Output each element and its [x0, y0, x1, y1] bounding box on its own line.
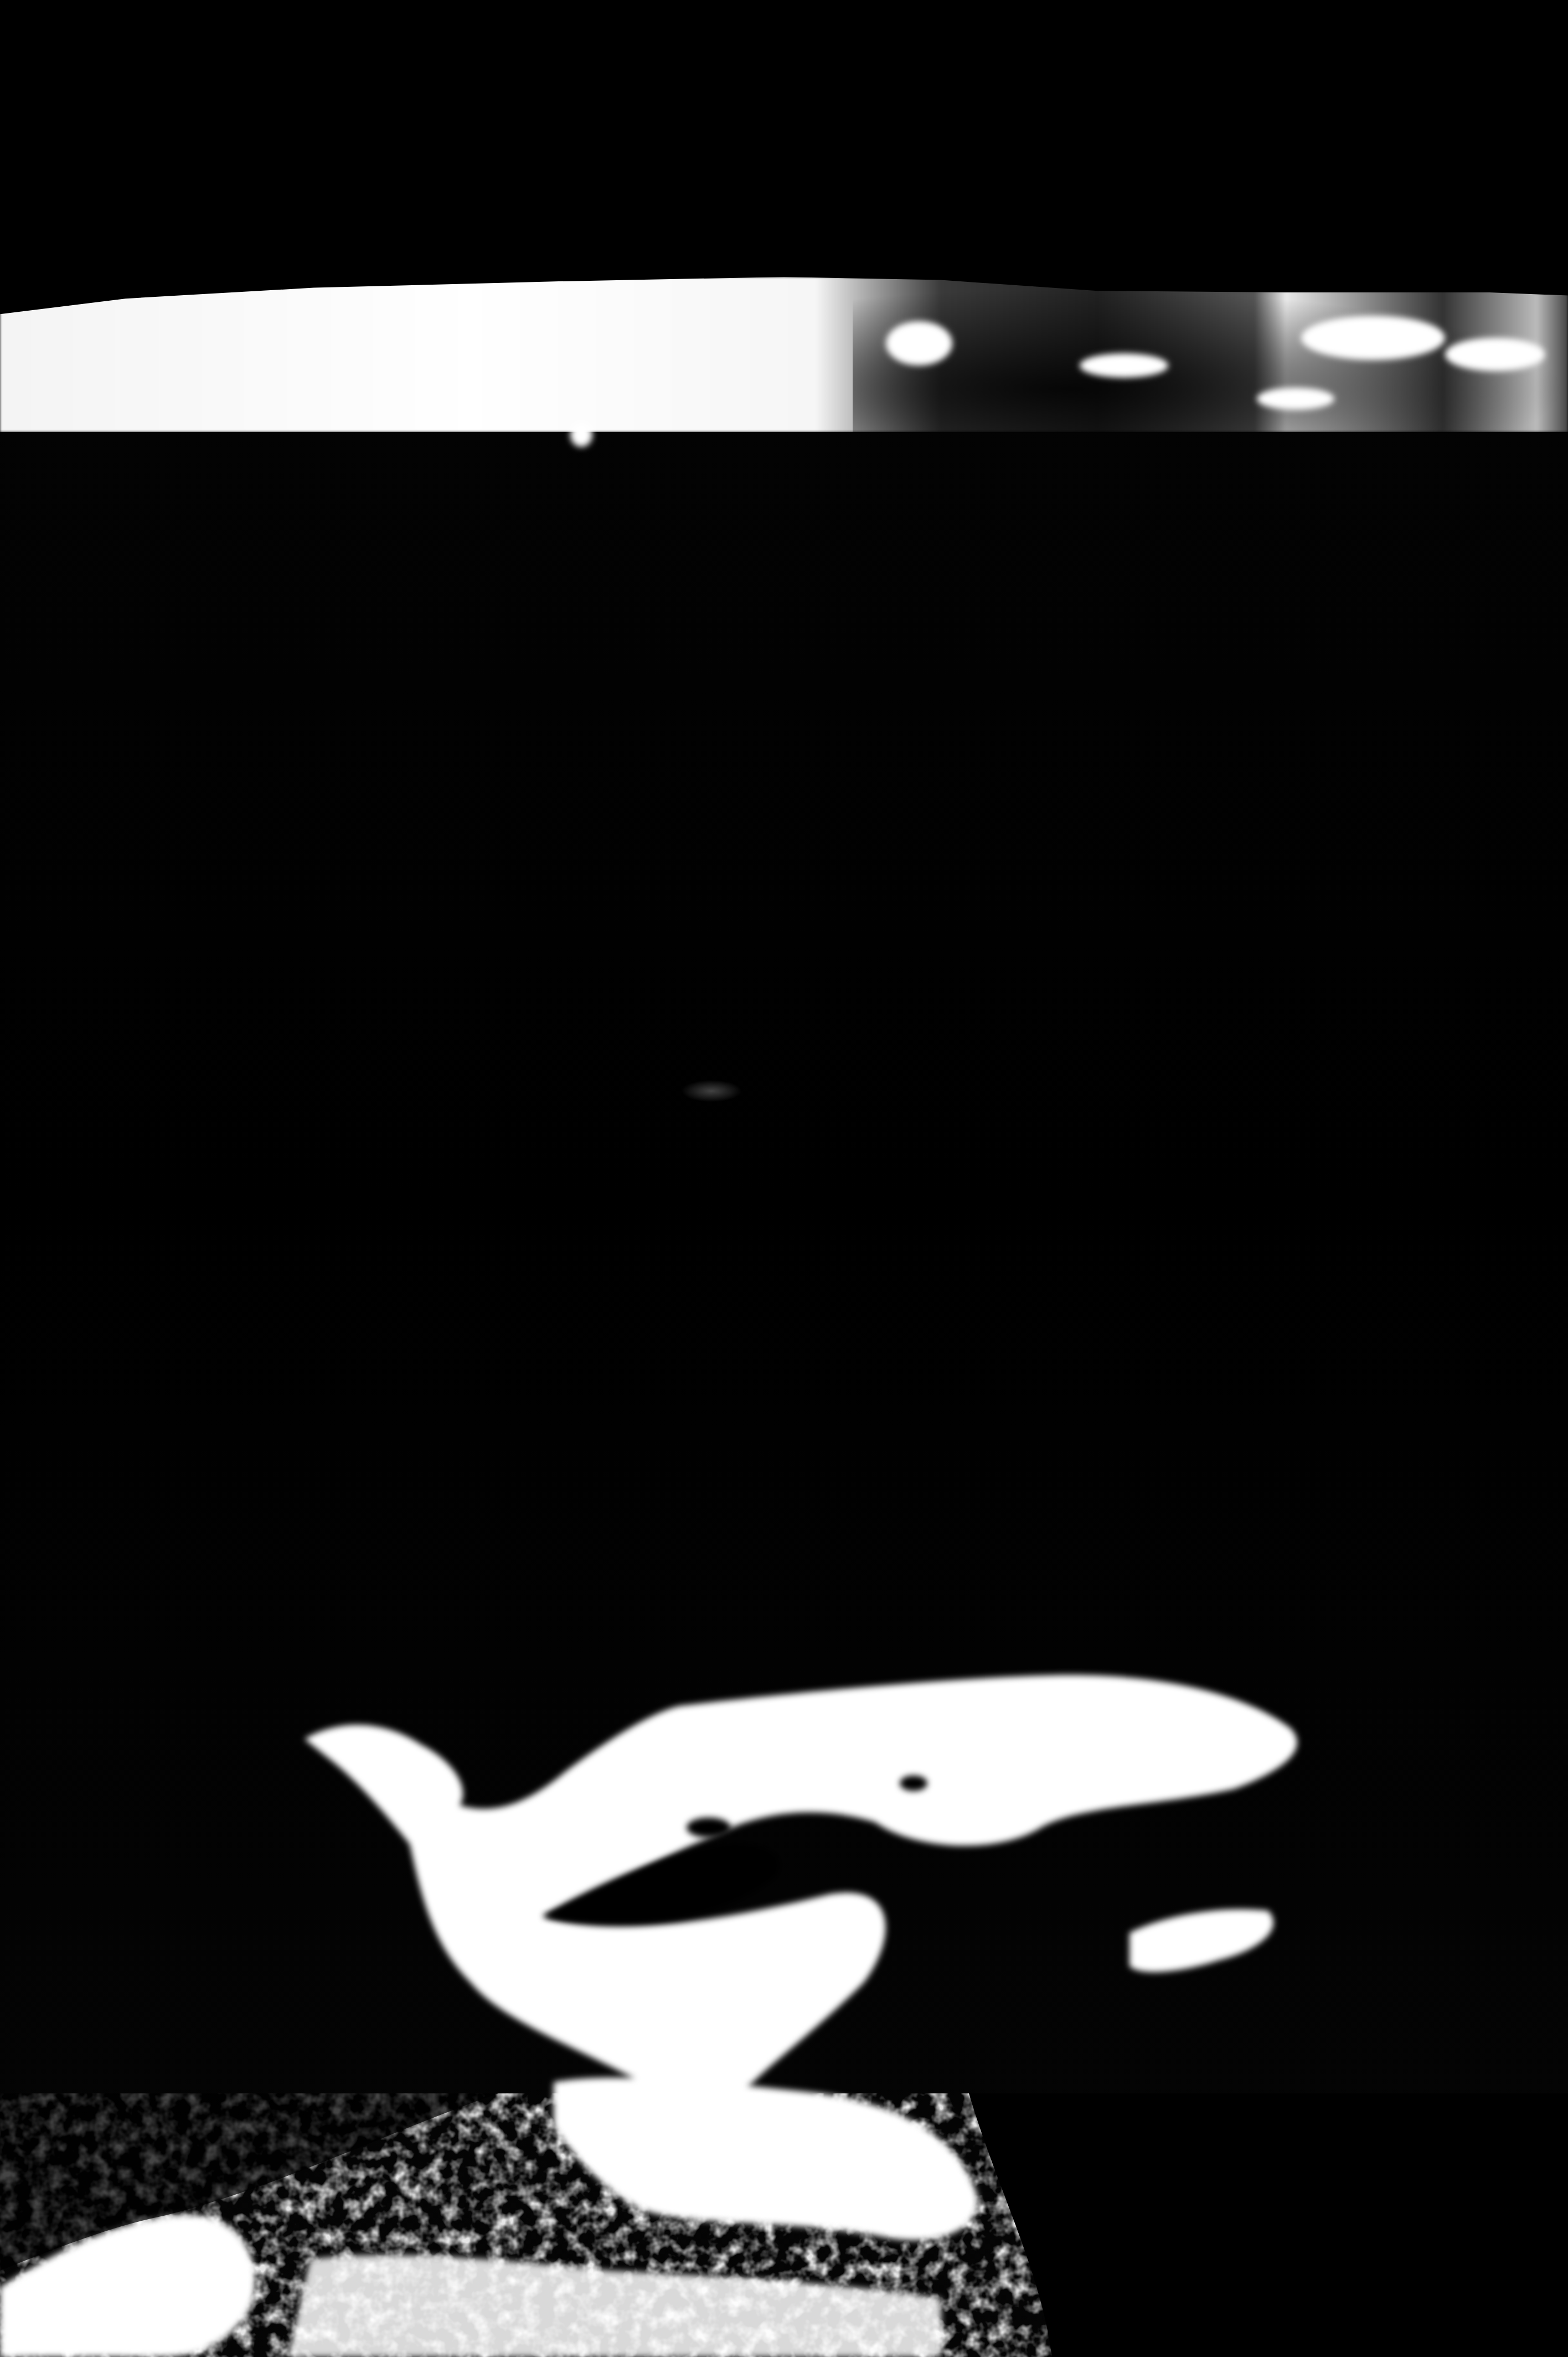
- earth-photo: [0, 0, 1568, 2357]
- horizon-cloud-patches: [570, 316, 1545, 447]
- dark-ocean-region: [969, 2093, 1568, 2357]
- cloud-formations: [0, 0, 1568, 2357]
